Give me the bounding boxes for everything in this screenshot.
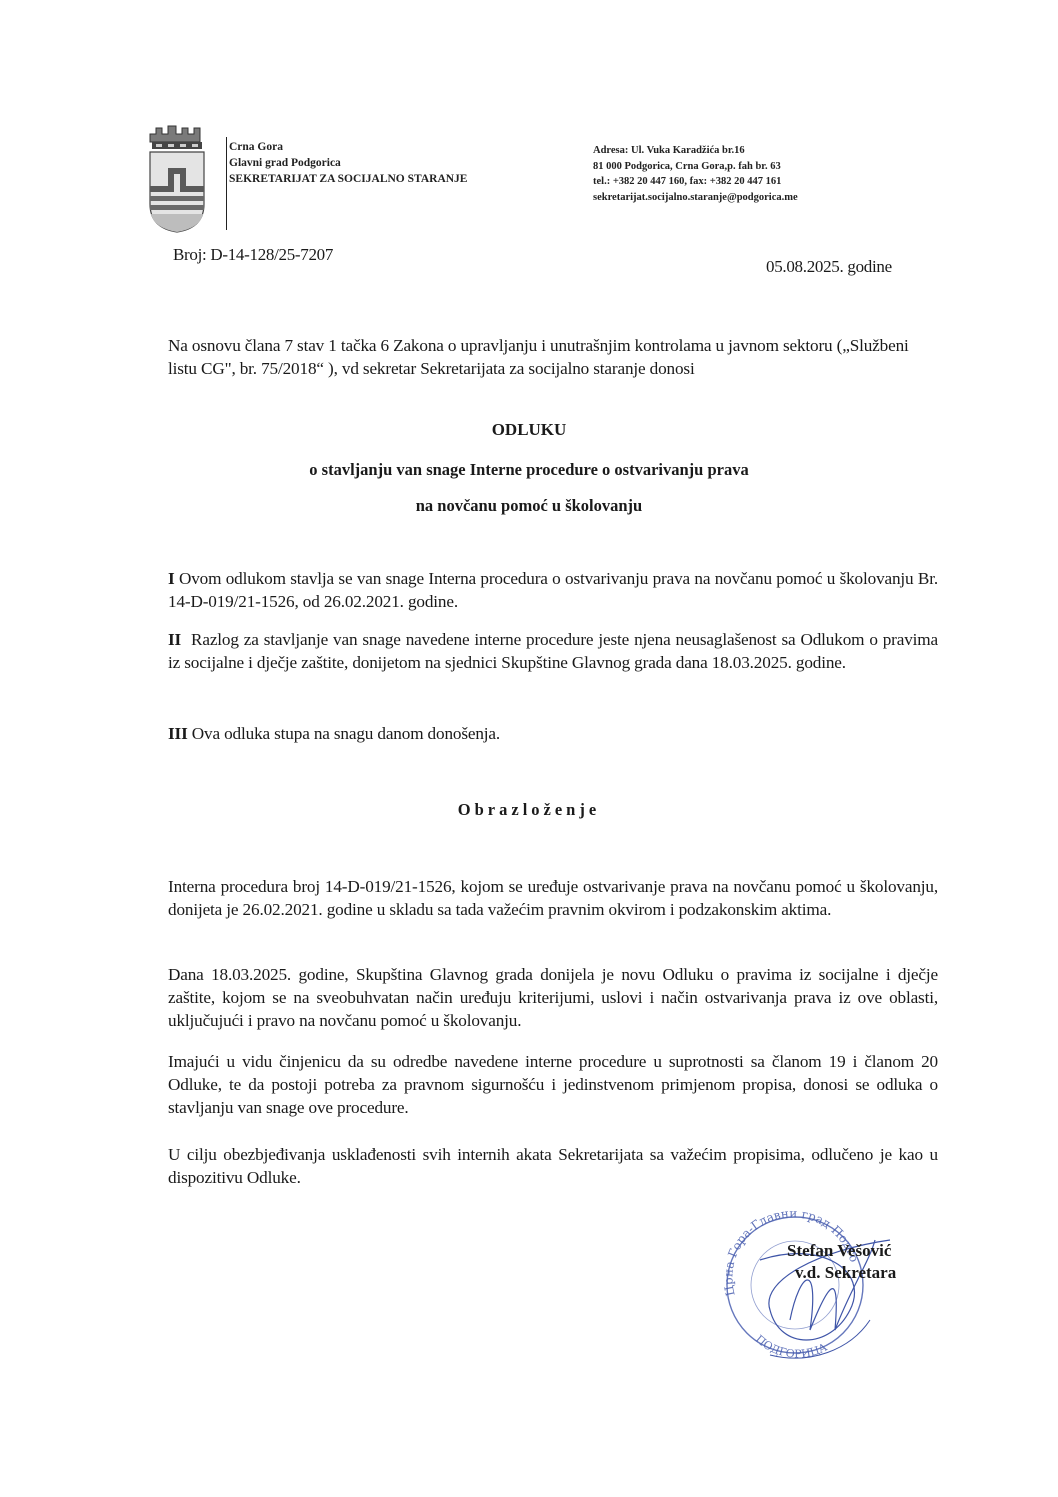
article-1: I Ovom odlukom stavlja se van snage Inte…	[168, 567, 938, 613]
reasoning-paragraph: Dana 18.03.2025. godine, Skupština Glavn…	[168, 963, 938, 1032]
article-text: Ova odluka stupa na snagu danom donošenj…	[192, 724, 500, 743]
coat-of-arms-icon	[146, 124, 208, 234]
organization-block: Crna Gora Glavni grad Podgorica SEKRETAR…	[229, 139, 467, 187]
document-title: ODLUKU	[0, 420, 1058, 440]
intro-paragraph: Na osnovu člana 7 stav 1 tačka 6 Zakona …	[168, 334, 938, 380]
article-2: II Razlog za stavljanje van snage navede…	[168, 628, 938, 674]
reasoning-paragraph: Interna procedura broj 14-D-019/21-1526,…	[168, 875, 938, 921]
org-department: SEKRETARIJAT ZA SOCIJALNO STARANJE	[229, 171, 467, 187]
address-phone: tel.: +382 20 447 160, fax: +382 20 447 …	[593, 174, 798, 190]
article-number: II	[168, 630, 181, 649]
org-country: Crna Gora	[229, 139, 467, 155]
article-text: Razlog za stavljanje van snage navedene …	[168, 630, 938, 672]
article-number: I	[168, 569, 175, 588]
official-stamp-icon: Црна Гора-Главни град Подгорица ПОДГОРИЦ…	[700, 1200, 900, 1370]
address-city: 81 000 Podgorica, Crna Gora,p. fah br. 6…	[593, 159, 798, 175]
article-text: Ovom odlukom stavlja se van snage Intern…	[168, 569, 938, 611]
article-number: III	[168, 724, 188, 743]
org-city: Glavni grad Podgorica	[229, 155, 467, 171]
document-date: 05.08.2025. godine	[766, 257, 892, 277]
address-email: sekretarijat.socijalno.staranje@podgoric…	[593, 190, 798, 206]
document-subtitle-line1: o stavljanju van snage Interne procedure…	[0, 460, 1058, 480]
reference-number: Broj: D-14-128/25-7207	[173, 245, 333, 265]
signatory-title: v.d. Sekretara	[795, 1263, 896, 1283]
reasoning-paragraph: U cilju obezbjeđivanja usklađenosti svih…	[168, 1143, 938, 1189]
article-3: III Ova odluka stupa na snagu danom dono…	[168, 722, 938, 745]
address-street: Adresa: Ul. Vuka Karadžića br.16	[593, 143, 798, 159]
address-block: Adresa: Ul. Vuka Karadžića br.16 81 000 …	[593, 143, 798, 205]
reasoning-paragraph: Imajući u vidu činjenicu da su odredbe n…	[168, 1050, 938, 1119]
header-divider	[226, 137, 227, 230]
document-subtitle-line2: na novčanu pomoć u školovanju	[0, 496, 1058, 516]
reasoning-heading: Obrazloženje	[0, 800, 1058, 820]
signatory-name: Stefan Vešović	[787, 1238, 891, 1263]
